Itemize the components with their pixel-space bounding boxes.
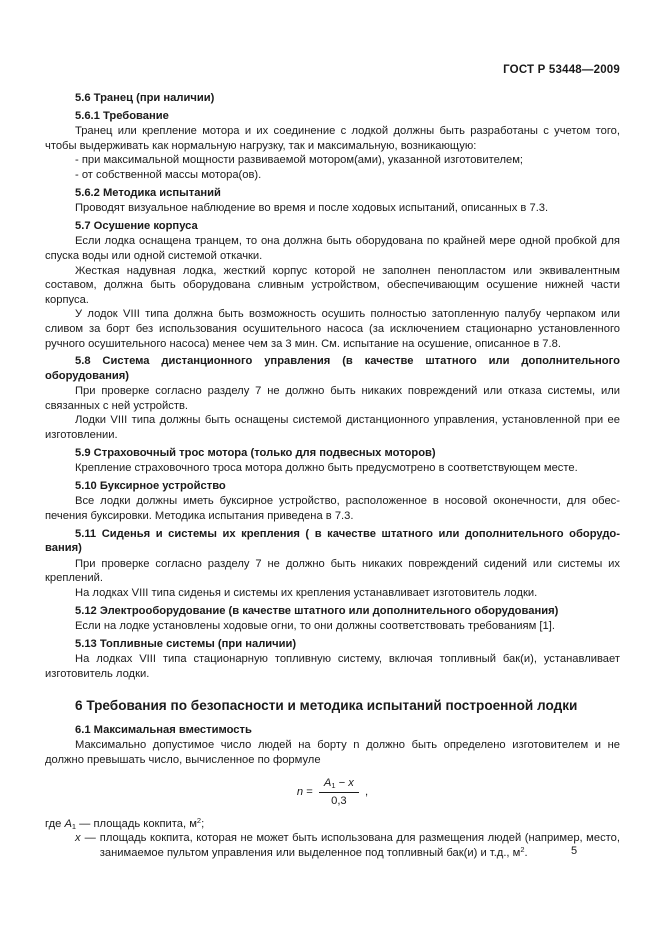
heading-6-1: 6.1 Максимальная вместимость [45, 723, 620, 738]
heading-5-6: 5.6 Транец (при наличии) [45, 91, 620, 106]
heading-5-11: 5.11 Сиденья и системы их крепления ( в … [45, 527, 620, 556]
heading-5-6-1: 5.6.1 Требование [45, 109, 620, 124]
legend-line-x: x — площадь кокпита, которая не может бы… [75, 831, 620, 860]
list-item: - от собственной массы мотора(ов). [45, 168, 620, 183]
heading-5-10: 5.10 Буксирное устройство [45, 479, 620, 494]
paragraph: Максимально допустимое число людей на бо… [45, 738, 620, 767]
heading-5-13: 5.13 Топливные системы (при наличии) [45, 637, 620, 652]
paragraph: Жесткая надувная лодка, жесткий корпус к… [45, 264, 620, 308]
paragraph: Если на лодке установлены ходовые огни, … [45, 619, 620, 634]
document-content: 5.6 Транец (при наличии)5.6.1 Требование… [45, 91, 620, 767]
document-body: 5.6 Транец (при наличии)5.6.1 Требование… [45, 88, 620, 860]
heading-5-7: 5.7 Осушение корпуса [45, 219, 620, 234]
doc-number-header: ГОСТ Р 53448—2009 [503, 64, 620, 76]
legend-line-a: где A1 — площадь кокпита, м2; [45, 817, 620, 832]
heading-5-9: 5.9 Страховочный трос мотора (только для… [45, 446, 620, 461]
formula-legend: где A1 — площадь кокпита, м2; x — площад… [45, 817, 620, 861]
list-item: - при максимальной мощности развиваемой … [45, 153, 620, 168]
paragraph: Все лодки должны иметь буксирное устройс… [45, 494, 620, 523]
formula-max-persons: n = A1 − x 0,3 , [45, 776, 620, 808]
legend-x-definition: площадь кокпита, которая не может быть и… [100, 831, 620, 860]
heading-5-8: 5.8 Система дистанционного управления (в… [45, 354, 620, 383]
formula-equals: = [306, 786, 313, 798]
document-page: ГОСТ Р 53448—2009 5.6 Транец (при наличи… [0, 0, 661, 936]
paragraph: Крепление страховочного троса мотора дол… [45, 461, 620, 476]
paragraph: На лодках VIII типа стационарную топливн… [45, 652, 620, 681]
formula-numerator: A1 − x [319, 776, 359, 793]
formula-fraction: A1 − x 0,3 [319, 776, 359, 808]
formula-denominator: 0,3 [319, 793, 359, 809]
page-number: 5 [571, 845, 577, 857]
paragraph: Если лодка оснащена транцем, то она долж… [45, 234, 620, 263]
paragraph: Лодки VIII типа должны быть оснащены сис… [45, 413, 620, 442]
formula-lhs: n [297, 786, 303, 798]
heading-6: 6 Требования по безопасности и методика … [45, 697, 620, 714]
formula-trailing-comma: , [365, 786, 368, 798]
paragraph: При проверке согласно разделу 7 не должн… [45, 557, 620, 586]
heading-5-12: 5.12 Электрооборудование (в качестве шта… [45, 604, 620, 619]
paragraph: Транец или крепление мотора и их соедине… [45, 124, 620, 153]
heading-5-6-2: 5.6.2 Методика испытаний [45, 186, 620, 201]
paragraph: У лодок VIII типа должна быть возможност… [45, 307, 620, 351]
paragraph: При проверке согласно разделу 7 не должн… [45, 384, 620, 413]
paragraph: На лодках VIII типа сиденья и системы их… [45, 586, 620, 601]
paragraph: Проводят визуальное наблюдение во время … [45, 201, 620, 216]
